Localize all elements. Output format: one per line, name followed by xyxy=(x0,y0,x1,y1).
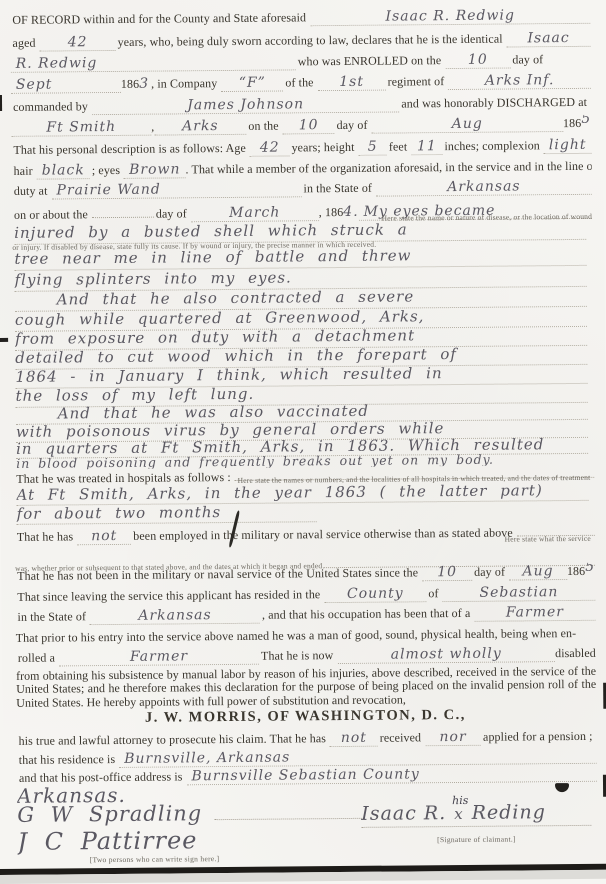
scan-smudge xyxy=(0,338,8,342)
handwritten-county-word: County xyxy=(324,585,426,603)
handwritten-day: 10 xyxy=(422,564,472,581)
line-pension-status: his true and lawful attorney to prosecut… xyxy=(17,728,597,750)
line-state-occupation: in the State of Arkansas , and that his … xyxy=(15,604,595,626)
hospital-handwritten-2: for about two months xyxy=(17,502,317,525)
printed-text: feet xyxy=(387,139,412,154)
dotted-rule xyxy=(214,804,364,820)
printed-text: on the xyxy=(246,119,282,134)
line-enrolled: R. Redwig who was ENROLLED on the 10 day… xyxy=(11,51,591,73)
printed-text: . That while a member of the organizatio… xyxy=(185,159,591,178)
handwritten-occupation: Farmer xyxy=(59,648,259,667)
printed-text: inches; complexion xyxy=(442,138,544,154)
handwritten-text: injured by a busted shell which struck a xyxy=(14,220,408,241)
handwritten-state: Arkansas xyxy=(376,178,592,197)
printed-text: day of xyxy=(510,52,547,67)
claimant-note: [Signature of claimant.] xyxy=(361,828,591,848)
printed-text: received xyxy=(378,730,426,745)
line-prior-health: That prior to his entry into the service… xyxy=(16,626,596,646)
handwritten-duty-place: Prairie Wand xyxy=(51,180,301,199)
printed-text: applied for a pension ; xyxy=(481,729,597,745)
printed-text: , and that his occupation has been that … xyxy=(260,606,474,623)
scanned-pension-declaration: a COURT OF RECORD within and for the Cou… xyxy=(0,0,606,884)
handwritten-commander: James Johnson xyxy=(92,96,400,116)
line-discharged: Ft Smith , Arks on the 10 day of Aug 186… xyxy=(11,115,591,137)
form-instruction-text: [Two persons who can write sign here.] xyxy=(90,854,220,864)
printed-text: who was ENROLLED on the xyxy=(296,53,446,69)
claimant-signature: Isaac R.hisxReding xyxy=(361,801,591,828)
line-personal-description: That his personal description is as foll… xyxy=(11,137,591,159)
printed-text: OF RECORD within and for the County and … xyxy=(10,10,310,28)
line-duty-at: duty at Prairie Wand in the State of Ark… xyxy=(12,178,592,200)
handwritten-occupation: Farmer xyxy=(474,604,595,622)
handwritten-claimant-name: Isaac R. Redwig xyxy=(310,7,590,26)
handwritten-not: not xyxy=(330,730,378,747)
printed-text: in the State of xyxy=(15,609,90,625)
handwritten-text: detailed to cut wood which in the forepa… xyxy=(15,345,457,367)
printed-text: 186 xyxy=(567,564,585,579)
handwritten-year-digit: 5 xyxy=(581,115,591,127)
printed-text: hair xyxy=(12,164,37,179)
handwritten-text: cough while quartered at Greenwood, Arks… xyxy=(15,307,425,329)
printed-text: years; height xyxy=(289,140,358,156)
handwritten-state: Arks xyxy=(154,118,246,136)
printed-text: that his residence is xyxy=(17,752,120,768)
handwritten-nor: nor xyxy=(425,729,481,746)
scan-smudge xyxy=(0,95,2,111)
printed-text: 186 xyxy=(121,77,139,92)
printed-text: aged xyxy=(10,36,39,51)
printed-text: years, who, being duly sworn according t… xyxy=(116,32,507,50)
handwritten-text: for about two months xyxy=(17,503,222,523)
form-instruction-text: [Signature of claimant.] xyxy=(437,835,516,845)
printed-text: in the State of xyxy=(301,181,376,197)
handwritten-text: And that he also contracted a severe xyxy=(57,287,415,308)
handwritten-place: Ft Smith xyxy=(11,119,151,137)
handwritten-day: 10 xyxy=(445,52,510,70)
line-of-record: OF RECORD within and for the County and … xyxy=(10,7,590,29)
line-commanded-by: commanded by James Johnson and was honor… xyxy=(11,94,591,116)
handwritten-year-digit: 5 xyxy=(585,563,595,575)
handwritten-name-part: Isaac xyxy=(507,30,591,48)
witness-2-signature: J C Pattirree xyxy=(17,826,197,856)
printed-paragraph-text: from obtaining his subsistence by manual… xyxy=(16,664,596,710)
printed-text: commanded by xyxy=(11,99,92,115)
printed-text: duty at xyxy=(12,184,52,199)
handwritten-text: tree near me in line of battle and threw xyxy=(14,246,411,267)
closing-paragraph: from obtaining his subsistence by manual… xyxy=(16,665,596,710)
printed-text: regiment of xyxy=(386,74,449,90)
handwritten-text: At Ft Smith, Arks, in the year 1863 ( th… xyxy=(16,481,542,504)
x-mark: x xyxy=(454,805,464,823)
handwritten-eyes: Brown xyxy=(124,161,186,179)
handwritten-text: from exposure on duty with a detachment xyxy=(15,326,415,347)
printed-text: his true and lawful attorney to prosecut… xyxy=(17,731,331,749)
printed-text: 186 xyxy=(563,116,581,131)
witness-1-signature: G W Spradling xyxy=(17,801,202,827)
printed-text: That prior to his entry into the service… xyxy=(16,626,577,646)
form-instruction-text: Here state what the service xyxy=(505,534,591,544)
handwritten-state: Arkansas xyxy=(90,607,260,625)
handwritten-month: Sept xyxy=(11,76,121,94)
printed-text: of the xyxy=(283,75,317,90)
handwritten-text: flying splinters into my eyes. xyxy=(15,268,292,288)
line-hair-eyes: hair black ; eyes Brown . That while a m… xyxy=(12,158,592,180)
claimant-last-name: Reding xyxy=(472,801,546,824)
printed-text: That he is now xyxy=(259,648,338,664)
printed-text: ; eyes xyxy=(90,163,124,178)
printed-text: disabled xyxy=(555,646,596,661)
printed-text: That since leaving the service this appl… xyxy=(15,587,324,605)
handwritten-year-digit: 3 xyxy=(139,76,149,92)
handwritten-extent-disabled: almost wholly xyxy=(337,645,555,664)
handwritten-inches: 11 xyxy=(411,138,442,155)
handwritten-regiment-number: 1st xyxy=(318,74,386,92)
line-since: That he has not been in the military or … xyxy=(15,563,595,585)
handwritten-month: Aug xyxy=(371,115,563,134)
printed-text: day of xyxy=(335,118,372,133)
handwritten-hair: black xyxy=(37,162,90,179)
handwritten-age: 42 xyxy=(40,34,116,52)
handwritten-regiment-name: Arks Inf. xyxy=(448,72,591,90)
handwritten-age: 42 xyxy=(250,139,290,156)
handwritten-feet: 5 xyxy=(358,139,387,156)
printed-text: day of xyxy=(472,565,509,580)
handwritten-text: the loss of my left lung. xyxy=(16,385,255,405)
line-resided: That since leaving the service this appl… xyxy=(15,584,595,606)
printed-text: rolled a xyxy=(16,650,59,665)
printed-text: That his personal description is as foll… xyxy=(11,141,250,158)
printed-text: That he has not been in the military or … xyxy=(15,565,422,584)
line-aged: aged 42 years, who, being duly sworn acc… xyxy=(10,30,590,52)
attorney-name-text: J. W. MORRIS, OF WASHINGTON, D. C., xyxy=(145,707,466,726)
printed-text: of xyxy=(426,586,442,601)
claimant-first-name: Isaac R. xyxy=(361,802,446,825)
handwritten-text: 1864 - in January I think, which resulte… xyxy=(15,364,442,386)
line-disabled: rolled a Farmer That he is now almost wh… xyxy=(16,645,596,667)
handwritten-month: Aug xyxy=(509,563,567,581)
handwritten-county-name: Sebastian xyxy=(442,584,595,602)
handwritten-name-part: R. Redwig xyxy=(11,53,296,72)
line-company-regiment: Sept 186 3 , in Company “F” of the 1st r… xyxy=(11,72,591,94)
handwritten-day: 10 xyxy=(283,117,335,134)
handwritten-company: “F” xyxy=(221,75,283,93)
printed-text: , in Company xyxy=(149,76,221,92)
handwritten-complexion: light xyxy=(544,137,592,154)
document-sheet: a COURT OF RECORD within and for the Cou… xyxy=(0,0,606,884)
claimant-signature-block: Isaac R.hisxReding [Signature of claiman… xyxy=(361,801,591,848)
clipped-top-line: a COURT xyxy=(0,0,602,3)
printed-text: and was honorably DISCHARGED at xyxy=(399,95,591,112)
